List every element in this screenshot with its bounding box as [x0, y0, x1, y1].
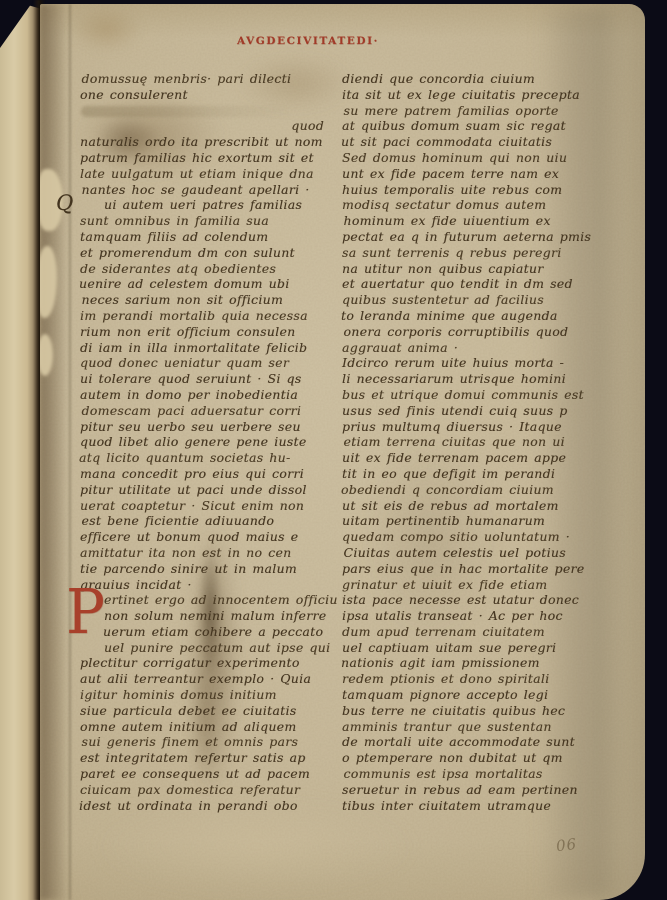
text-line: ciuicam pax domestica referatur	[80, 782, 336, 798]
text-line: siue particula debet ee ciuitatis	[80, 703, 336, 719]
text-line: im perandi mortalib quia necessa	[80, 308, 336, 324]
folio-mark: 06	[555, 835, 578, 855]
text-line: sunt omnibus in familia sua	[80, 213, 336, 229]
text-line: ipsa utalis transeat · Ac per hoc	[342, 608, 610, 624]
text-line: nationis agit iam pmissionem	[341, 655, 609, 671]
text-line: prius multumq diuersus · Itaque	[342, 419, 610, 435]
text-line: di iam in illa inmortalitate felicib	[80, 340, 336, 356]
text-line: igitur hominis domus initium	[80, 687, 336, 703]
text-line: tie parcendo sinire ut in malum	[80, 561, 336, 577]
text-line: usus sed finis utendi cuiq suus p	[342, 403, 610, 419]
text-line: ui tolerare quod seruiunt · Si qs	[80, 371, 336, 387]
text-line: uerat coaptetur · Sicut enim non	[80, 498, 336, 514]
text-line: na utitur non quibus capiatur	[342, 261, 610, 277]
text-line: unt ex fide pacem terre nam ex	[342, 166, 610, 182]
text-line: quod libet alio genere pene iuste	[80, 434, 336, 450]
text-line: neces sarium non sit officium	[82, 292, 338, 308]
text-line: quibus sustentetur ad facilius	[342, 292, 610, 308]
text-line: domescam paci aduersatur corri	[82, 403, 338, 419]
text-line: sui generis finem et omnis pars	[82, 734, 338, 750]
text-line: li necessariarum utrisque homini	[342, 371, 610, 387]
text-line: one consulerent	[80, 87, 336, 103]
text-line: ita sit ut ex lege ciuitatis precepta	[342, 87, 610, 103]
text-line: omne autem initium ad aliquem	[80, 719, 336, 735]
text-line: tibus inter ciuitatem utramque	[342, 798, 610, 814]
text-line: quod	[80, 118, 336, 134]
text-line: plectitur corrigatur experimento	[80, 655, 336, 671]
text-line: domussuę menbris· pari dilecti	[82, 71, 338, 87]
text-line: redem ptionis et dono spiritali	[342, 671, 610, 687]
text-line: non solum nemini malum inferre	[80, 608, 336, 624]
text-line: at quibus domum suam sic regat	[342, 118, 610, 134]
text-line: to leranda minime que augenda	[341, 308, 609, 324]
text-line: pars eius que in hac mortalite pere	[342, 561, 610, 577]
text-line: aggrauat anima ·	[342, 340, 610, 356]
text-line: uenire ad celestem domum ubi	[79, 276, 335, 292]
text-line: ista pace necesse est utatur donec	[342, 592, 610, 608]
text-line: etiam terrena ciuitas que non ui	[344, 434, 612, 450]
text-line: communis est ipsa mortalitas	[344, 766, 612, 782]
text-line: onera corporis corruptibilis quod	[344, 324, 612, 340]
text-line: idest ut ordinata in perandi obo	[79, 798, 335, 814]
manuscript-photo: AVGDECIVITATEDI· Q P domussuę menbris· p…	[0, 0, 667, 900]
text-line: bus terre ne ciuitatis quibus hec	[342, 703, 610, 719]
initial-q: Q	[56, 193, 74, 214]
text-line: uit ex fide terrenam pacem appe	[342, 450, 610, 466]
text-line: tamquam pignore accepto legi	[342, 687, 610, 703]
text-line: Ciuitas autem celestis uel potius	[344, 545, 612, 561]
text-line: uitam pertinentib humanarum	[342, 513, 610, 529]
text-line	[81, 106, 291, 117]
text-line: late uulgatum ut etiam inique dna	[80, 166, 336, 182]
text-line: ut sit eis de rebus ad mortalem	[342, 498, 610, 514]
text-line: grinatur et uiuit ex fide etiam	[342, 577, 610, 593]
text-line: paret ee consequens ut ad pacem	[80, 766, 336, 782]
text-line: aut alii terreantur exemplo · Quia	[80, 671, 336, 687]
text-line: dum apud terrenam ciuitatem	[342, 624, 610, 640]
text-line: amminis trantur que sustentan	[342, 719, 610, 735]
text-line: de siderantes atq obedientes	[80, 261, 336, 277]
text-line: seruetur in rebus ad eam pertinen	[342, 782, 610, 798]
text-line: uerum etiam cohibere a peccato	[79, 624, 335, 640]
text-line: et auertatur quo tendit in dm sed	[342, 276, 610, 292]
rubric-header: AVGDECIVITATEDI·	[237, 35, 379, 47]
text-line: naturalis ordo ita prescribit ut nom	[80, 134, 336, 150]
text-line: pitur seu uerbo seu uerbere seu	[80, 419, 336, 435]
text-line: ui autem ueri patres familias	[80, 197, 336, 213]
text-line: quedam compo sitio uoluntatum ·	[342, 529, 610, 545]
text-line: pitur utilitate ut paci unde dissol	[80, 482, 336, 498]
text-line: hominum ex fide uiuentium ex	[344, 213, 612, 229]
text-line: patrum familias hic exortum sit et	[80, 150, 336, 166]
text-line: est bene ficientie adiuuando	[82, 513, 338, 529]
text-line: tit in eo que defigit im perandi	[342, 466, 610, 482]
text-line: mana concedit pro eius qui corri	[80, 466, 336, 482]
text-line: grauius incidat ·	[80, 577, 336, 593]
text-line: de mortali uite accommodate sunt	[342, 734, 610, 750]
text-line: ertinet ergo ad innocentem officiu	[80, 592, 336, 608]
text-line: atq licito quantum societas hu-	[79, 450, 335, 466]
text-column-right: diendi que concordia ciuiumita sit ut ex…	[342, 71, 610, 813]
text-line: amittatur ita non est in no cen	[80, 545, 336, 561]
text-line: efficere ut bonum quod maius e	[80, 529, 336, 545]
text-line: huius temporalis uite rebus com	[342, 182, 610, 198]
text-line: ut sit paci commodata ciuitatis	[341, 134, 609, 150]
text-line: et promerendum dm con sulunt	[80, 245, 336, 261]
text-line: rium non erit officium consulen	[80, 324, 336, 340]
text-line: bus et utrique domui communis est	[342, 387, 610, 403]
text-line: uel punire peccatum aut ipse qui	[80, 640, 336, 656]
text-line: Idcirco rerum uite huius morta -	[342, 355, 610, 371]
text-line: quod donec ueniatur quam ser	[80, 355, 336, 371]
text-line: su mere patrem familias oporte	[344, 103, 612, 119]
text-line: modisq sectatur domus autem	[342, 197, 610, 213]
text-line: autem in domo per inobedientia	[80, 387, 336, 403]
text-line: sa sunt terrenis q rebus peregri	[342, 245, 610, 261]
text-line: obediendi q concordiam ciuium	[341, 482, 609, 498]
text-line: est integritatem refertur satis ap	[80, 750, 336, 766]
text-line: pectat ea q in futurum aeterna pmis	[342, 229, 610, 245]
text-line: diendi que concordia ciuium	[342, 71, 610, 87]
text-line: uel captiuam uitam sue peregri	[342, 640, 610, 656]
text-line: o ptemperare non dubitat ut qm	[342, 750, 610, 766]
text-line: tamquam filiis ad colendum	[80, 229, 336, 245]
text-column-left: Q P domussuę menbris· pari dilectione co…	[80, 71, 336, 813]
parchment-page: AVGDECIVITATEDI· Q P domussuę menbris· p…	[40, 4, 645, 900]
text-line: Sed domus hominum qui non uiu	[342, 150, 610, 166]
text-line: nantes hoc se gaudeant apellari ·	[82, 182, 338, 198]
